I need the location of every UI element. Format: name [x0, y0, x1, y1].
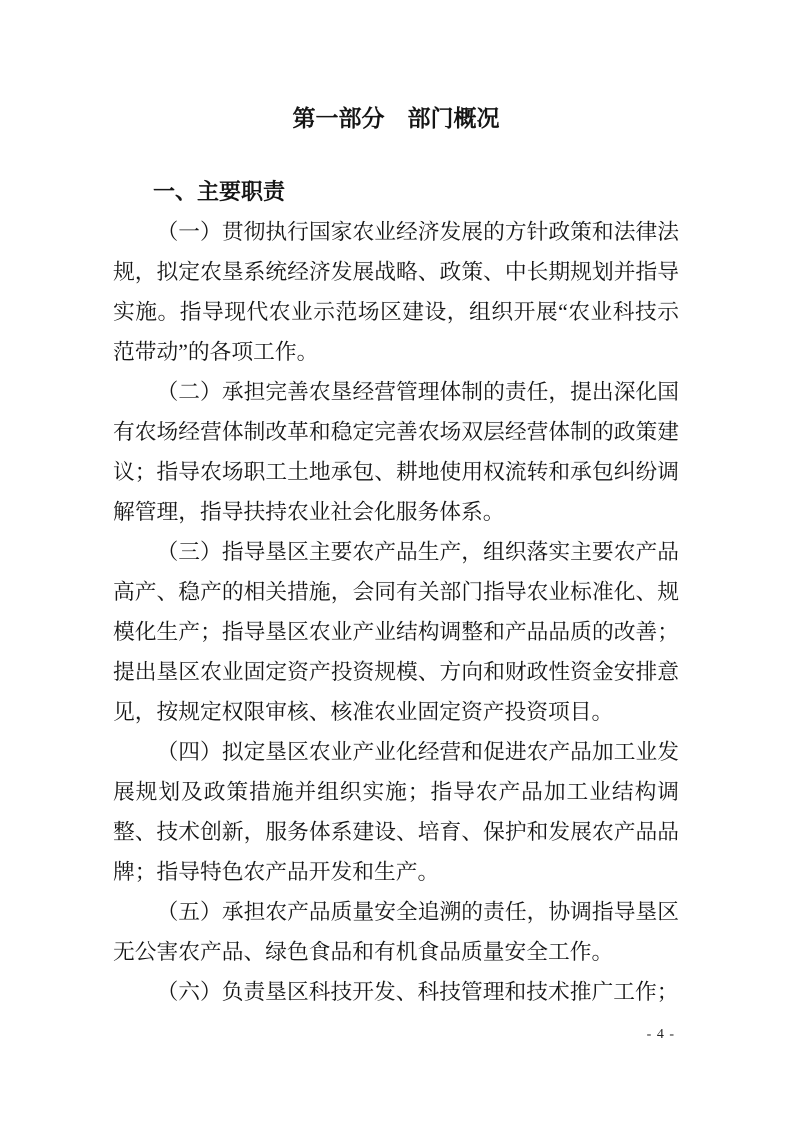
body-paragraphs: （一）贯彻执行国家农业经济发展的方针政策和法律法规，拟定农垦系统经济发展战略、政… [113, 212, 679, 1012]
paragraph: （一）贯彻执行国家农业经济发展的方针政策和法律法规，拟定农垦系统经济发展战略、政… [113, 212, 679, 372]
document-page: 第一部分 部门概况 一、主要职责 （一）贯彻执行国家农业经济发展的方针政策和法律… [0, 0, 794, 1123]
paragraph: （六）负责垦区科技开发、科技管理和技术推广工作； [113, 972, 679, 1012]
paragraph: （五）承担农产品质量安全追溯的责任，协调指导垦区无公害农产品、绿色食品和有机食品… [113, 892, 679, 972]
paragraph: （二）承担完善农垦经营管理体制的责任，提出深化国有农场经营体制改革和稳定完善农场… [113, 372, 679, 532]
paragraph: （三）指导垦区主要农产品生产，组织落实主要农产品高产、稳产的相关措施，会同有关部… [113, 532, 679, 732]
page-title: 第一部分 部门概况 [113, 100, 679, 136]
paragraph: （四）拟定垦区农业产业化经营和促进农产品加工业发展规划及政策措施并组织实施；指导… [113, 732, 679, 892]
section-heading: 一、主要职责 [113, 172, 679, 212]
page-number: - 4 - [647, 1028, 675, 1042]
